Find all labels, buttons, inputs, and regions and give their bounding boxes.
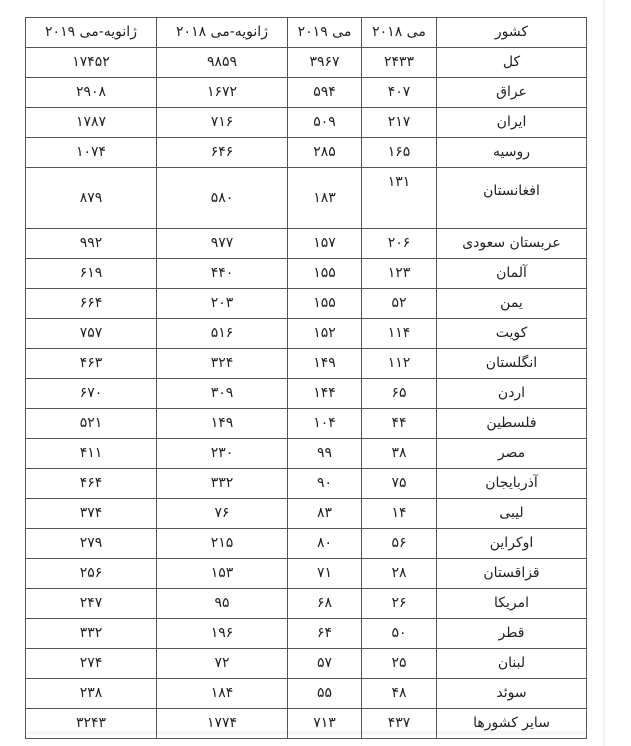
cell-may-2019: ۱۴۴ (288, 379, 362, 409)
table-header-row: کشور می ۲۰۱۸ می ۲۰۱۹ ژانویه-می ۲۰۱۸ ژانو… (26, 18, 587, 48)
cell-country: لبنان (437, 649, 587, 679)
cell-jan-may-2019: ۲۷۹ (26, 529, 157, 559)
cell-jan-may-2019: ۶۶۴ (26, 289, 157, 319)
cell-may-2019: ۹۰ (288, 469, 362, 499)
cell-country: اردن (437, 379, 587, 409)
table-row: اوکراین ۵۶ ۸۰ ۲۱۵ ۲۷۹ (26, 529, 587, 559)
cell-may-2019: ۹۹ (288, 439, 362, 469)
cell-jan-may-2018: ۱۸۴ (157, 679, 288, 709)
cell-may-2019: ۵۰۹ (288, 108, 362, 138)
cell-jan-may-2018: ۵۸۰ (157, 168, 288, 229)
table-row: انگلستان ۱۱۲ ۱۴۹ ۳۲۴ ۴۶۳ (26, 349, 587, 379)
cell-may-2019: ۵۷ (288, 649, 362, 679)
cell-may-2019: ۷۱۳ (288, 709, 362, 739)
header-jan-may-2019: ژانویه-می ۲۰۱۹ (26, 18, 157, 48)
cell-may-2018: ۵۶ (362, 529, 437, 559)
cell-jan-may-2018: ۷۱۶ (157, 108, 288, 138)
table-row: فلسطین ۴۴ ۱۰۴ ۱۴۹ ۵۲۱ (26, 409, 587, 439)
cell-country: قزاقستان (437, 559, 587, 589)
cell-may-2018: ۶۵ (362, 379, 437, 409)
cell-jan-may-2019: ۶۱۹ (26, 259, 157, 289)
cell-may-2019: ۱۵۵ (288, 259, 362, 289)
cell-country: ایران (437, 108, 587, 138)
cell-country: کل (437, 48, 587, 78)
cell-jan-may-2018: ۶۴۶ (157, 138, 288, 168)
table-row: آذربایجان ۷۵ ۹۰ ۳۳۲ ۴۶۴ (26, 469, 587, 499)
cell-country: سوئد (437, 679, 587, 709)
page-edge-divider (603, 0, 605, 746)
cell-country: سایر کشورها (437, 709, 587, 739)
cell-jan-may-2019: ۲۷۴ (26, 649, 157, 679)
cell-may-2019: ۱۵۲ (288, 319, 362, 349)
cell-may-2019: ۱۵۵ (288, 289, 362, 319)
cell-may-2018: ۵۲ (362, 289, 437, 319)
table-row: روسیه ۱۶۵ ۲۸۵ ۶۴۶ ۱۰۷۴ (26, 138, 587, 168)
cell-country: آذربایجان (437, 469, 587, 499)
cell-country: انگلستان (437, 349, 587, 379)
cell-may-2018: ۲۸ (362, 559, 437, 589)
cell-may-2019: ۸۰ (288, 529, 362, 559)
cell-country: لیبی (437, 499, 587, 529)
cell-jan-may-2018: ۹۵ (157, 589, 288, 619)
cell-jan-may-2019: ۴۱۱ (26, 439, 157, 469)
cell-jan-may-2018: ۳۲۴ (157, 349, 288, 379)
cell-jan-may-2019: ۱۰۷۴ (26, 138, 157, 168)
cell-country: عراق (437, 78, 587, 108)
cell-jan-may-2019: ۵۲۱ (26, 409, 157, 439)
cell-may-2019: ۶۴ (288, 619, 362, 649)
cell-jan-may-2018: ۱۷۷۴ (157, 709, 288, 739)
cell-may-2018: ۲۵ (362, 649, 437, 679)
table-row: مصر ۳۸ ۹۹ ۲۳۰ ۴۱۱ (26, 439, 587, 469)
table-row: امریکا ۲۶ ۶۸ ۹۵ ۲۴۷ (26, 589, 587, 619)
cell-country: کویت (437, 319, 587, 349)
cell-jan-may-2018: ۹۷۷ (157, 229, 288, 259)
table-row: سایر کشورها ۴۳۷ ۷۱۳ ۱۷۷۴ ۳۲۴۳ (26, 709, 587, 739)
cell-may-2018: ۱۲۳ (362, 259, 437, 289)
table-row: سوئد ۴۸ ۵۵ ۱۸۴ ۲۳۸ (26, 679, 587, 709)
cell-jan-may-2018: ۲۳۰ (157, 439, 288, 469)
cell-may-2018: ۱۱۴ (362, 319, 437, 349)
cell-jan-may-2019: ۷۵۷ (26, 319, 157, 349)
cell-country: افغانستان (437, 168, 587, 229)
cell-may-2018: ۲۴۳۳ (362, 48, 437, 78)
cell-jan-may-2019: ۲۳۸ (26, 679, 157, 709)
cell-may-2019: ۶۸ (288, 589, 362, 619)
cell-jan-may-2018: ۲۱۵ (157, 529, 288, 559)
cell-jan-may-2018: ۲۰۳ (157, 289, 288, 319)
table-row: قطر ۵۰ ۶۴ ۱۹۶ ۳۳۲ (26, 619, 587, 649)
cell-country: مصر (437, 439, 587, 469)
cell-jan-may-2018: ۱۵۳ (157, 559, 288, 589)
cell-country: روسیه (437, 138, 587, 168)
cell-jan-may-2018: ۹۸۵۹ (157, 48, 288, 78)
cell-country: امریکا (437, 589, 587, 619)
cell-may-2018: ۲۶ (362, 589, 437, 619)
cell-jan-may-2019: ۳۲۴۳ (26, 709, 157, 739)
cell-jan-may-2018: ۳۳۲ (157, 469, 288, 499)
cell-may-2018: ۴۴ (362, 409, 437, 439)
cell-may-2018: ۴۸ (362, 679, 437, 709)
cell-may-2019: ۲۸۵ (288, 138, 362, 168)
cell-jan-may-2019: ۳۳۲ (26, 619, 157, 649)
cell-country: عربستان سعودی (437, 229, 587, 259)
cell-jan-may-2019: ۱۷۴۵۲ (26, 48, 157, 78)
cell-jan-may-2018: ۵۱۶ (157, 319, 288, 349)
table-row: عربستان سعودی ۲۰۶ ۱۵۷ ۹۷۷ ۹۹۲ (26, 229, 587, 259)
header-country: کشور (437, 18, 587, 48)
cell-jan-may-2019: ۱۷۸۷ (26, 108, 157, 138)
table-row: کویت ۱۱۴ ۱۵۲ ۵۱۶ ۷۵۷ (26, 319, 587, 349)
cell-jan-may-2019: ۲۵۶ (26, 559, 157, 589)
cell-jan-may-2019: ۲۴۷ (26, 589, 157, 619)
table-row: عراق ۴۰۷ ۵۹۴ ۱۶۷۲ ۲۹۰۸ (26, 78, 587, 108)
cell-may-2019: ۱۸۳ (288, 168, 362, 229)
header-jan-may-2018: ژانویه-می ۲۰۱۸ (157, 18, 288, 48)
cell-jan-may-2019: ۸۷۹ (26, 168, 157, 229)
cell-jan-may-2019: ۶۷۰ (26, 379, 157, 409)
cell-jan-may-2018: ۴۴۰ (157, 259, 288, 289)
cell-may-2018: ۴۰۷ (362, 78, 437, 108)
cell-country: فلسطین (437, 409, 587, 439)
table-row: قزاقستان ۲۸ ۷۱ ۱۵۳ ۲۵۶ (26, 559, 587, 589)
cell-may-2018: ۱۴ (362, 499, 437, 529)
table-row: لیبی ۱۴ ۸۳ ۷۶ ۳۷۴ (26, 499, 587, 529)
cell-jan-may-2018: ۷۶ (157, 499, 288, 529)
cell-may-2018: ۷۵ (362, 469, 437, 499)
cell-jan-may-2018: ۱۶۷۲ (157, 78, 288, 108)
cell-jan-may-2019: ۴۶۴ (26, 469, 157, 499)
cell-may-2018: ۱۳۱ (362, 168, 437, 229)
cell-may-2019: ۸۳ (288, 499, 362, 529)
cell-jan-may-2019: ۲۹۰۸ (26, 78, 157, 108)
table-row: یمن ۵۲ ۱۵۵ ۲۰۳ ۶۶۴ (26, 289, 587, 319)
cell-may-2019: ۵۹۴ (288, 78, 362, 108)
table-row: آلمان ۱۲۳ ۱۵۵ ۴۴۰ ۶۱۹ (26, 259, 587, 289)
cell-may-2018: ۲۱۷ (362, 108, 437, 138)
cell-may-2019: ۱۰۴ (288, 409, 362, 439)
data-table: کشور می ۲۰۱۸ می ۲۰۱۹ ژانویه-می ۲۰۱۸ ژانو… (25, 17, 587, 739)
cell-country: اوکراین (437, 529, 587, 559)
table-row: لبنان ۲۵ ۵۷ ۷۲ ۲۷۴ (26, 649, 587, 679)
header-may-2018: می ۲۰۱۸ (362, 18, 437, 48)
cell-jan-may-2019: ۴۶۳ (26, 349, 157, 379)
cell-may-2018: ۳۸ (362, 439, 437, 469)
cell-jan-may-2018: ۷۲ (157, 649, 288, 679)
cell-country: قطر (437, 619, 587, 649)
cell-may-2019: ۷۱ (288, 559, 362, 589)
table-row: افغانستان ۱۳۱ ۱۸۳ ۵۸۰ ۸۷۹ (26, 168, 587, 229)
cell-may-2019: ۳۹۶۷ (288, 48, 362, 78)
cell-jan-may-2018: ۳۰۹ (157, 379, 288, 409)
cell-may-2019: ۵۵ (288, 679, 362, 709)
table-row: کل ۲۴۳۳ ۳۹۶۷ ۹۸۵۹ ۱۷۴۵۲ (26, 48, 587, 78)
cell-may-2018: ۲۰۶ (362, 229, 437, 259)
cell-jan-may-2019: ۳۷۴ (26, 499, 157, 529)
cell-jan-may-2018: ۱۴۹ (157, 409, 288, 439)
cell-may-2018: ۱۱۲ (362, 349, 437, 379)
cell-country: یمن (437, 289, 587, 319)
table-row: اردن ۶۵ ۱۴۴ ۳۰۹ ۶۷۰ (26, 379, 587, 409)
cell-may-2018: ۴۳۷ (362, 709, 437, 739)
cell-may-2018: ۱۶۵ (362, 138, 437, 168)
cell-jan-may-2018: ۱۹۶ (157, 619, 288, 649)
cell-country: آلمان (437, 259, 587, 289)
header-may-2019: می ۲۰۱۹ (288, 18, 362, 48)
cell-may-2019: ۱۵۷ (288, 229, 362, 259)
cell-jan-may-2019: ۹۹۲ (26, 229, 157, 259)
table-row: ایران ۲۱۷ ۵۰۹ ۷۱۶ ۱۷۸۷ (26, 108, 587, 138)
cell-may-2019: ۱۴۹ (288, 349, 362, 379)
cell-may-2018: ۵۰ (362, 619, 437, 649)
